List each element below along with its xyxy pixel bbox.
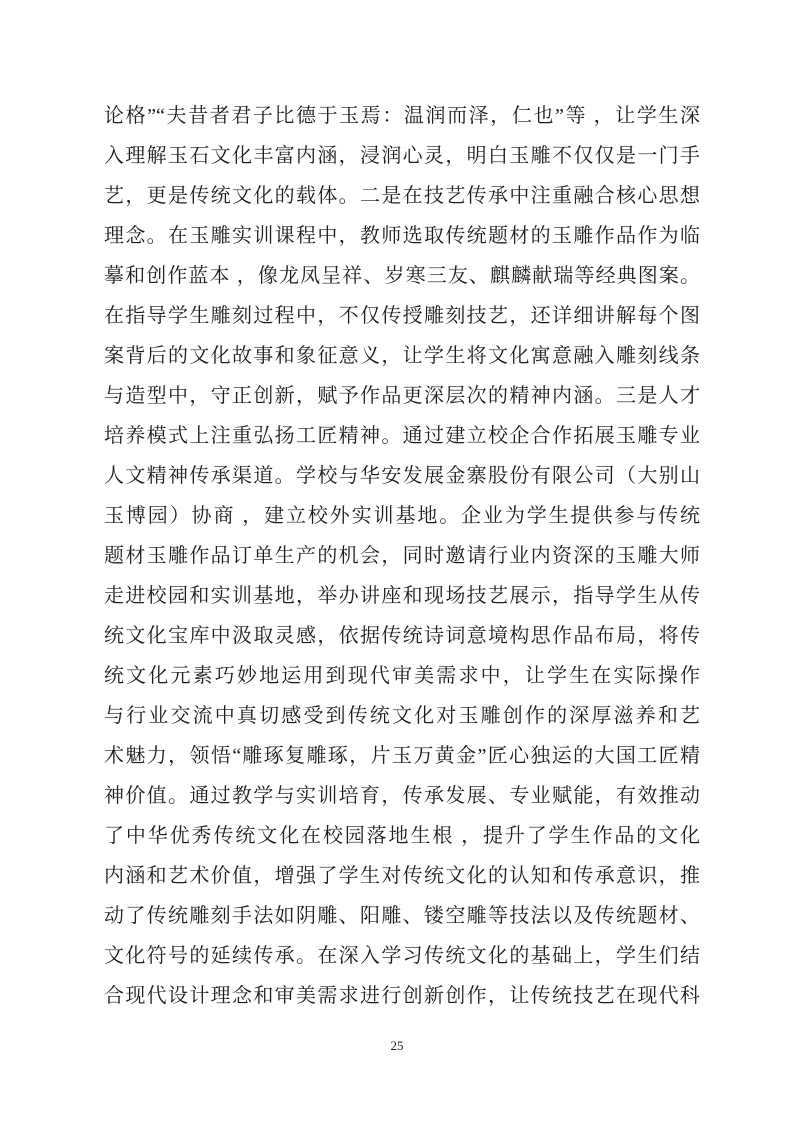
text-line: 动了传统雕刻手法如阴雕、阳雕、镂空雕等技法以及传统题材、 [104, 896, 700, 936]
paragraph-text: 论格”“夫昔者君子比德于玉焉：温润而泽，仁也”等 ，让学生深 入理解玉石文化丰富… [104, 96, 700, 1016]
text-line: 理念。在玉雕实训课程中，教师选取传统题材的玉雕作品作为临 [104, 216, 700, 256]
document-page: 论格”“夫昔者君子比德于玉焉：温润而泽，仁也”等 ，让学生深 入理解玉石文化丰富… [0, 0, 794, 1122]
page-number: 25 [0, 1038, 794, 1054]
text-line: 玉博园）协商 ，建立校外实训基地。企业为学生提供参与传统 [104, 496, 700, 536]
text-line: 在指导学生雕刻过程中，不仅传授雕刻技艺，还详细讲解每个图 [104, 296, 700, 336]
text-line: 论格”“夫昔者君子比德于玉焉：温润而泽，仁也”等 ，让学生深 [104, 96, 700, 136]
text-line: 题材玉雕作品订单生产的机会，同时邀请行业内资深的玉雕大师 [104, 536, 700, 576]
text-line: 统文化宝库中汲取灵感，依据传统诗词意境构思作品布局，将传 [104, 616, 700, 656]
text-line: 人文精神传承渠道。学校与华安发展金寨股份有限公司（大别山 [104, 456, 700, 496]
text-line: 走进校园和实训基地，举办讲座和现场技艺展示，指导学生从传 [104, 576, 700, 616]
text-line: 艺，更是传统文化的载体。二是在技艺传承中注重融合核心思想 [104, 176, 700, 216]
text-line: 与造型中，守正创新，赋予作品更深层次的精神内涵。三是人才 [104, 376, 700, 416]
text-line: 培养模式上注重弘扬工匠精神。通过建立校企合作拓展玉雕专业 [104, 416, 700, 456]
text-line: 了中华优秀传统文化在校园落地生根 ，提升了学生作品的文化 [104, 816, 700, 856]
text-line: 术魅力，领悟“雕琢复雕琢，片玉万黄金”匠心独运的大国工匠精 [104, 736, 700, 776]
text-line: 入理解玉石文化丰富内涵，浸润心灵，明白玉雕不仅仅是一门手 [104, 136, 700, 176]
text-line: 与行业交流中真切感受到传统文化对玉雕创作的深厚滋养和艺 [104, 696, 700, 736]
text-line: 文化符号的延续传承。在深入学习传统文化的基础上，学生们结 [104, 936, 700, 976]
text-line: 统文化元素巧妙地运用到现代审美需求中，让学生在实际操作 [104, 656, 700, 696]
text-line: 案背后的文化故事和象征意义，让学生将文化寓意融入雕刻线条 [104, 336, 700, 376]
text-line: 合现代设计理念和审美需求进行创新创作，让传统技艺在现代科 [104, 976, 700, 1016]
text-line: 摹和创作蓝本 ，像龙凤呈祥、岁寒三友、麒麟献瑞等经典图案。 [104, 256, 700, 296]
text-line: 内涵和艺术价值，增强了学生对传统文化的认知和传承意识，推 [104, 856, 700, 896]
text-line: 神价值。通过教学与实训培育，传承发展、专业赋能，有效推动 [104, 776, 700, 816]
